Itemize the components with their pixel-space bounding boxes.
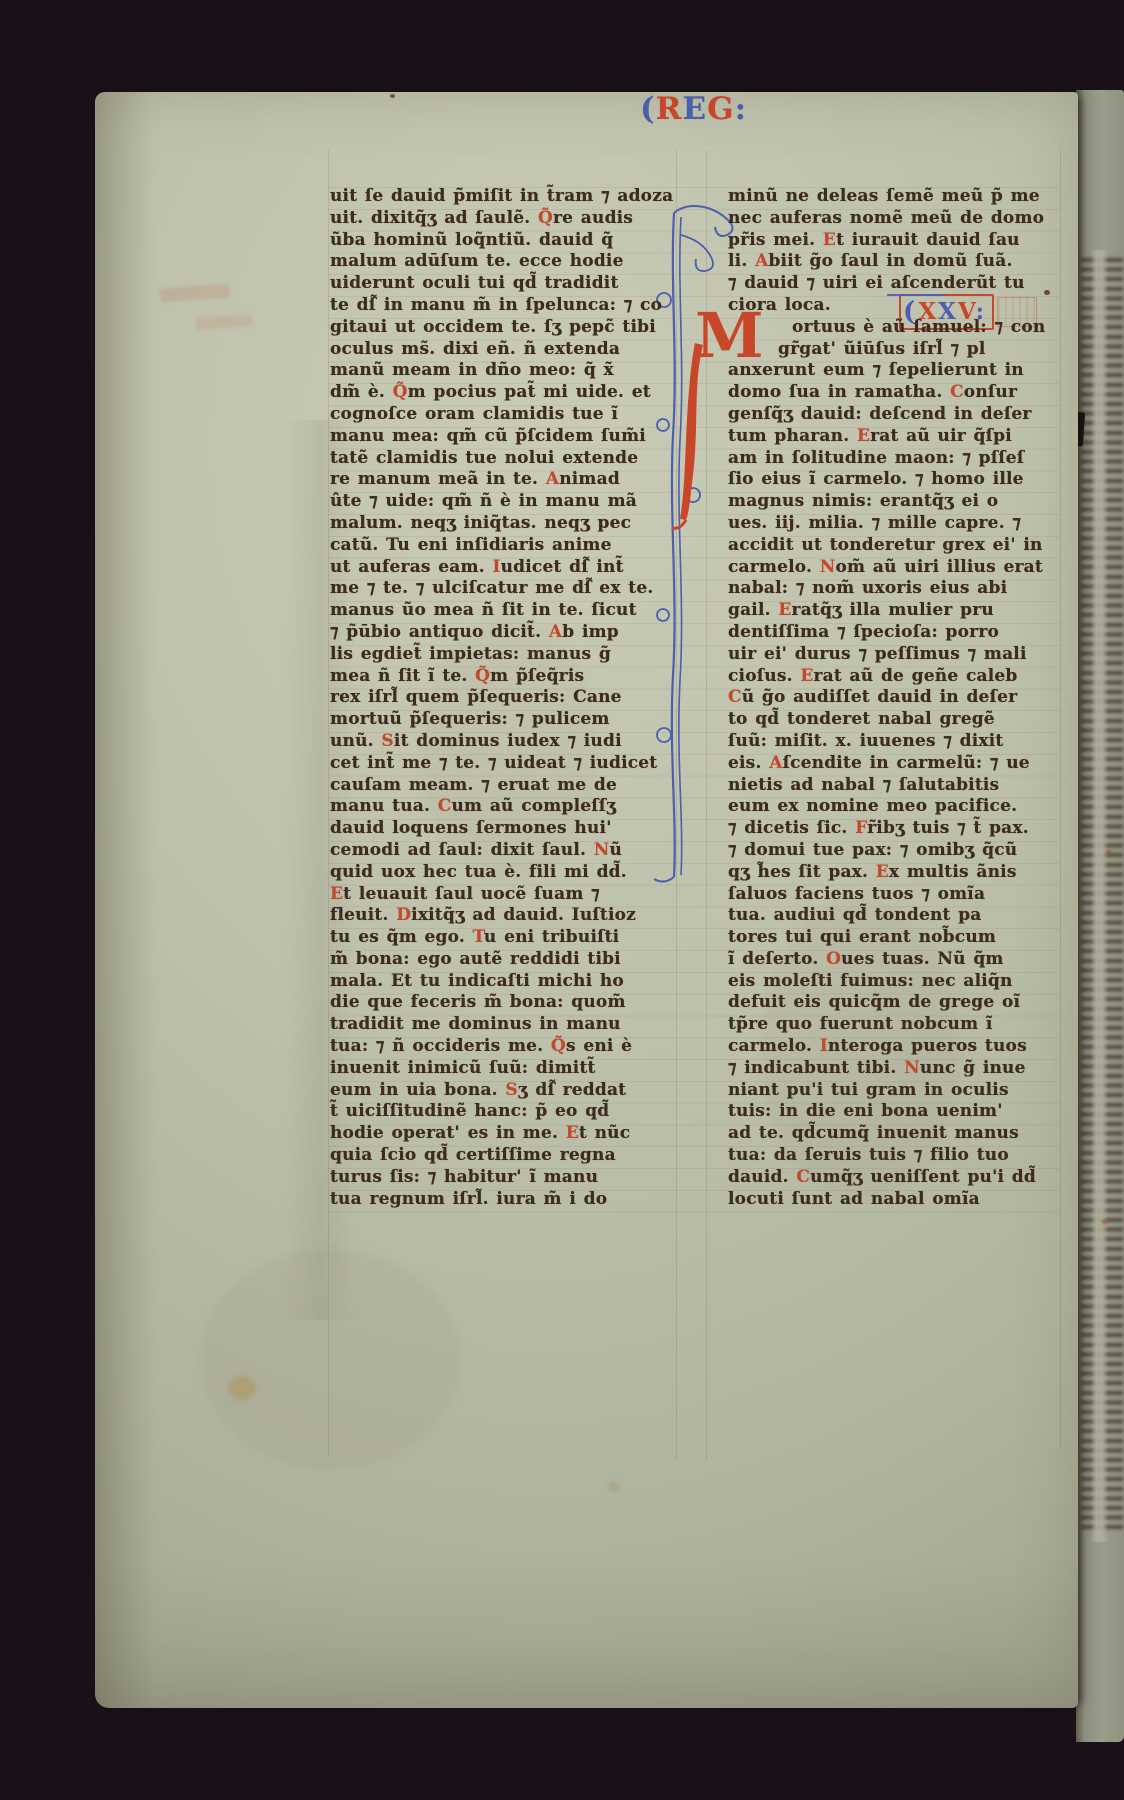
text-line: tu es q̃m ego. Tu eni tribuiſti <box>330 927 678 949</box>
text-line: lis egdiet̃ impietas: manus g̃ <box>330 644 678 666</box>
text-line: tua: ⁊ ñ occideris me. Q̃s eni è <box>330 1036 678 1058</box>
text-line: ĩ deſerto. Oues tuas. Nũ q̃m <box>728 949 1062 971</box>
text-line: manu mea: qm̃ cũ p̃ſcidem ſum̃i <box>330 426 678 448</box>
facing-page-rubric-fleck <box>1106 850 1112 854</box>
rubricated-capital: C <box>950 382 964 402</box>
text-column-left: uit ſe dauid p̃miſit in t̃ram ⁊ adozauit… <box>330 186 678 1226</box>
rubricated-capital: O <box>826 949 841 969</box>
text-line: ũba hominũ loq̃ntiũ. dauid q̃ <box>330 230 678 252</box>
text-line: am in ſolitudine maon: ⁊ pſſeſ <box>728 448 1062 470</box>
text-line: te dſ̃ in manu m̃ in ſpelunca: ⁊ co <box>330 295 678 317</box>
text-line: niant pu'i tui gram in oculis <box>728 1080 1062 1102</box>
text-line: accidit ut tonderetur grex ei' in <box>728 535 1062 557</box>
text-line: cognoſce oram clamidis tue ĩ <box>330 404 678 426</box>
rubricated-capital: Q̃ <box>538 208 553 228</box>
text-line: Cũ g̃o audiſſet dauid in deſer <box>728 687 1062 709</box>
facing-page-gutter <box>1076 250 1124 1542</box>
text-line: gitaui ut occidem te. ſʒ pepc̃ tibi <box>330 317 678 339</box>
text-line: ſaluos faciens tuos ⁊ omĩa <box>728 884 1062 906</box>
text-line: manus ũo mea ñ ſit in te. ſicut <box>330 600 678 622</box>
rubricated-capital: C <box>728 687 742 707</box>
rubricated-capital: I <box>492 557 500 577</box>
text-line: tua: da ſeruis tuis ⁊ filio tuo <box>728 1145 1062 1167</box>
running-header-letter: : <box>735 91 747 127</box>
text-line: ⁊ dauid ⁊ uiri ei aſcenderũt tu <box>728 273 1062 295</box>
text-line: ſuũ: miſit. x. iuuenes ⁊ dixit <box>728 731 1062 753</box>
text-line: cauſam meam. ⁊ eruat me de <box>330 775 678 797</box>
text-line: ⁊ domui tue pax: ⁊ omibʒ q̃cũ <box>728 840 1062 862</box>
book-fore-edge <box>1076 90 1124 1742</box>
text-line: tuis: in die eni bona uenim' <box>728 1101 1062 1123</box>
text-line: ûte ⁊ uide: qm̃ ñ è in manu mã <box>330 491 678 513</box>
rubricated-capital: S <box>505 1080 517 1100</box>
running-header-letter: ( <box>640 91 656 127</box>
text-line: ues. iij. milia. ⁊ mille capre. ⁊ <box>728 513 1062 535</box>
rubricated-capital: E <box>330 884 343 904</box>
text-line: uit ſe dauid p̃miſit in t̃ram ⁊ adoza <box>330 186 678 208</box>
rubricated-capital: N <box>820 557 836 577</box>
page-shading <box>95 1560 1078 1708</box>
text-line: to qd̃ tonderet nabal gregẽ <box>728 709 1062 731</box>
text-line: ⁊ p̃ūbio antiquo dicit̃. Ab imp <box>330 622 678 644</box>
rubricated-capital: N <box>904 1058 920 1078</box>
ruling-vertical <box>328 150 329 1455</box>
text-line: qʒ h̃es ſit pax. Ex multis ãnis <box>728 862 1062 884</box>
text-line: ad te. qd̃cumq̃ inuenit manus <box>728 1123 1062 1145</box>
text-column-right: minũ ne deleas ſemẽ meũ p̃ menec auferas… <box>728 186 1062 1226</box>
text-line: dentiſſima ⁊ ſpecioſa: porro <box>728 622 1062 644</box>
text-line: magnus nimis: erantq̃ʒ ei o <box>728 491 1062 513</box>
parchment-mottle <box>200 1250 460 1470</box>
facing-page-rubric-fleck <box>1102 1220 1107 1224</box>
text-line: re manum meã in te. Animad <box>330 469 678 491</box>
text-line: genſq̃ʒ dauid: deſcend in deſer <box>728 404 1062 426</box>
text-line: dauid loquens ſermones hui' <box>330 818 678 840</box>
text-line: manũ meam in dño meo: q̃ x̃ <box>330 360 678 382</box>
rubricated-capital: S <box>381 731 393 751</box>
text-line: inuenit inimicũ ſuũ: dimitt̃ <box>330 1058 678 1080</box>
text-line: ortuus è aũ ſamuel: ⁊ con <box>728 317 1062 339</box>
rubricated-capital: T <box>473 927 484 947</box>
ink-speck <box>390 94 395 98</box>
running-header: (REG: <box>640 90 790 130</box>
text-line: mea ñ ſit ĩ te. Q̃m p̃ſeq̃ris <box>330 666 678 688</box>
text-line: tatẽ clamidis tue nolui extende <box>330 448 678 470</box>
text-line: malum. neqʒ iniq̃tas. neqʒ pec <box>330 513 678 535</box>
text-line: ⁊ dicetis ſic. Fr̃ibʒ tuis ⁊ t̃ pax. <box>728 818 1062 840</box>
text-line: tum pharan. Erat aũ uir q̃ſpi <box>728 426 1062 448</box>
text-line: uit. dixitq̃ʒ ad ſaulẽ. Q̃re audis <box>330 208 678 230</box>
running-header-letter: G <box>707 91 734 127</box>
text-line: oculus ms̃. dixi eñ. ñ extenda <box>330 339 678 361</box>
text-line: ⁊ indicabunt tibi. Nunc g̃ inue <box>728 1058 1062 1080</box>
text-line: minũ ne deleas ſemẽ meũ p̃ me <box>728 186 1062 208</box>
stain <box>228 1376 256 1400</box>
text-line: cet int̃ me ⁊ te. ⁊ uideat ⁊ iudicet <box>330 753 678 775</box>
rubricated-capital: E <box>857 426 870 446</box>
text-line: mala. Et tu indicaſti michi ho <box>330 971 678 993</box>
text-line: li. Abiit g̃o ſaul in domũ ſuã. <box>728 251 1062 273</box>
text-line: fleuit. Dixitq̃ʒ ad dauid. Iuſtioz <box>330 905 678 927</box>
text-line: ut auferas eam. Iudicet dſ̃ int̃ <box>330 557 678 579</box>
rubricated-capital: N <box>594 840 610 860</box>
filigree-top-flourish <box>674 206 733 236</box>
text-line: uir ei' durus ⁊ peſſimus ⁊ mali <box>728 644 1062 666</box>
rubricated-capital: E <box>566 1123 579 1143</box>
text-line: carmelo. Nom̃ aũ uiri illius erat <box>728 557 1062 579</box>
text-line: cemodi ad ſaul: dixit ſaul. Nũ <box>330 840 678 862</box>
rubricated-capital: C <box>438 796 452 816</box>
text-line: catũ. Tu eni inſidiaris anime <box>330 535 678 557</box>
text-line: eum in uia bona. Sʒ dſ̃ reddat <box>330 1080 678 1102</box>
text-line: tradidit me dominus in manu <box>330 1014 678 1036</box>
text-line: tp̃re quo fuerunt nobcum ĩ <box>728 1014 1062 1036</box>
text-line: die que feceris m̃ bona: quom̃ <box>330 992 678 1014</box>
text-line: nec auferas nomẽ meũ de domo <box>728 208 1062 230</box>
text-line: cioſus. Erat aũ de geñe caleb <box>728 666 1062 688</box>
rubricated-capital: Q̃ <box>393 382 408 402</box>
text-line: turus ſis: ⁊ habitur' ĩ manu <box>330 1167 678 1189</box>
text-line: ciora loca. <box>728 295 1062 317</box>
rubricated-capital: F <box>855 818 867 838</box>
filigree-top-flourish <box>681 235 713 271</box>
text-line: Et leuauit ſaul uocẽ ſuam ⁊ <box>330 884 678 906</box>
page-shading <box>95 92 155 1708</box>
text-line: quid uox hec tua è. fili mi dd̃. <box>330 862 678 884</box>
text-line: gail. Eratq̃ʒ illa mulier pru <box>728 600 1062 622</box>
text-line: t̃ uiciſſitudinẽ hanc: p̃ eo qd̃ <box>330 1101 678 1123</box>
text-line: manu tua. Cum aũ compleſſʒ <box>330 796 678 818</box>
rubricated-capital: E <box>778 600 791 620</box>
text-line: hodie operat' es in me. Et nũc <box>330 1123 678 1145</box>
text-line: domo ſua in ramatha. Conſur <box>728 382 1062 404</box>
text-line: pr̃is mei. Et iurauit dauid ſau <box>728 230 1062 252</box>
rubricated-capital: Q̃ <box>551 1036 566 1056</box>
text-line: mortuũ p̃ſequeris: ⁊ pulicem <box>330 709 678 731</box>
text-line: unũ. Sit dominus iudex ⁊ iudi <box>330 731 678 753</box>
text-line: me ⁊ te. ⁊ ulciſcatur me dſ̃ ex te. <box>330 578 678 600</box>
text-line: locuti ſunt ad nabal omĩa <box>728 1189 1062 1211</box>
text-line: dm̃ è. Q̃m pocius pat̃ mi uide. et <box>330 382 678 404</box>
rubricated-capital: A <box>755 251 768 271</box>
text-line: m̃ bona: ego autẽ reddidi tibi <box>330 949 678 971</box>
text-line: anxerunt eum ⁊ ſepelierunt in <box>728 360 1062 382</box>
text-line: eis. Aſcendite in carmelũ: ⁊ ue <box>728 753 1062 775</box>
rubricated-capital: A <box>546 469 559 489</box>
rubricated-capital: I <box>820 1036 828 1056</box>
text-line: carmelo. Interoga pueros tuos <box>728 1036 1062 1058</box>
rubricated-capital: A <box>769 753 782 773</box>
running-header-letter: R <box>656 91 683 127</box>
rubricated-capital: C <box>796 1167 810 1187</box>
text-line: nabal: ⁊ nom̃ uxoris eius abi <box>728 578 1062 600</box>
text-line: malum adūſum te. ecce hodie <box>330 251 678 273</box>
text-line: quia ſcio qd̃ certiſſime regna <box>330 1145 678 1167</box>
text-line: gr̃gat' ũiūſus iſrl̃ ⁊ pl <box>728 339 1062 361</box>
manuscript-photo: { "manuscript": { "description": "Illumi… <box>0 0 1124 1800</box>
rubricated-capital: E <box>876 862 889 882</box>
text-line: uiderunt oculi tui qd̃ tradidit <box>330 273 678 295</box>
filigree-stem <box>679 217 682 875</box>
stain <box>608 1482 620 1492</box>
rubricated-capital: Q̃ <box>475 666 490 686</box>
text-line: rex iſrl̃ quem p̃ſequeris: Cane <box>330 687 678 709</box>
rubricated-capital: D <box>396 905 411 925</box>
text-line: tores tui qui erant nob̃cum <box>728 927 1062 949</box>
text-line: nietis ad nabal ⁊ ſalutabitis <box>728 775 1062 797</box>
text-line: ſio eius ĩ carmelo. ⁊ homo ille <box>728 469 1062 491</box>
running-header-letter: E <box>682 91 707 127</box>
rubricated-capital: A <box>549 622 562 642</box>
text-line: tua. audiui qd̃ tondent pa <box>728 905 1062 927</box>
text-line: defuit eis quicq̃m de grege oĩ <box>728 992 1062 1014</box>
text-line: dauid. Cumq̃ʒ ueniſſent pu'i dd̃ <box>728 1167 1062 1189</box>
text-line: eum ex nomine meo pacifice. <box>728 796 1062 818</box>
rubricated-capital: E <box>800 666 813 686</box>
rubricated-capital: E <box>823 230 836 250</box>
text-line: tua regnum iſrl̃. iura m̃ i do <box>330 1189 678 1211</box>
text-line: eis moleſti fuimus: nec aliq̃n <box>728 971 1062 993</box>
